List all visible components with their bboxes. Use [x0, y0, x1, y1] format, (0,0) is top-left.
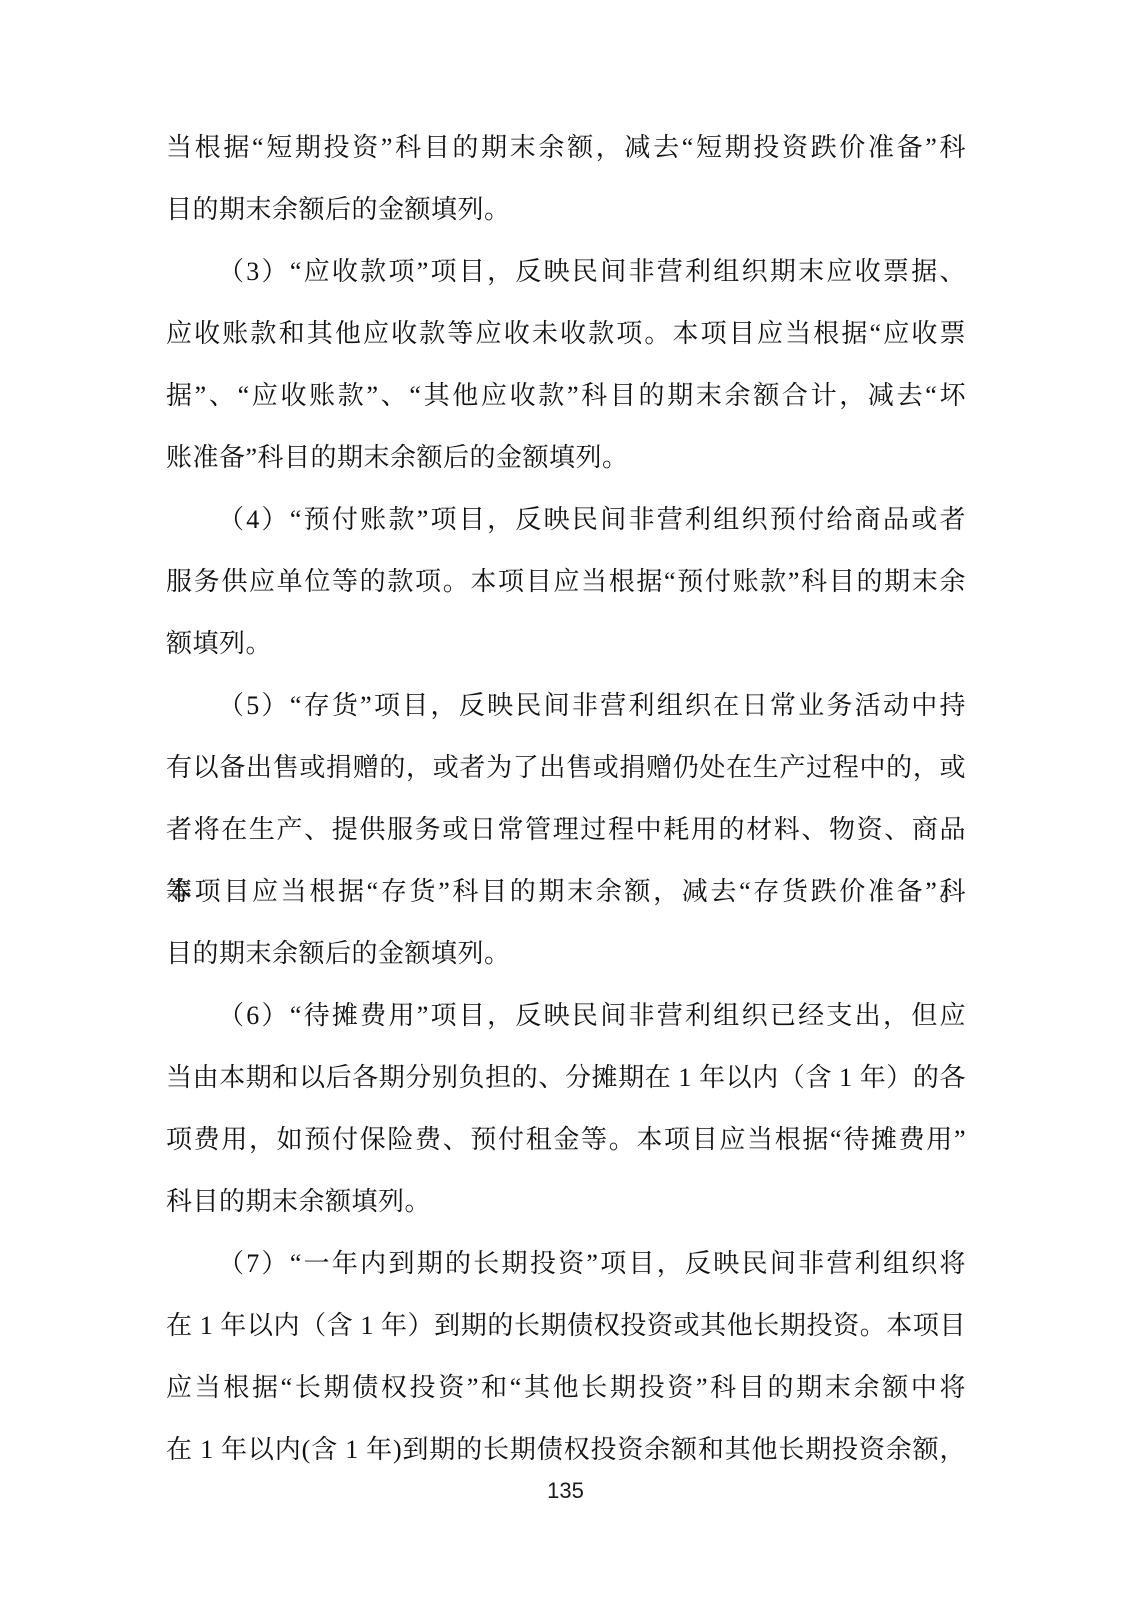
text-line: （6）“待摊费用”项目，反映民间非营利组织已经支出，但应: [166, 985, 966, 1047]
text-line: 在 1 年以内（含 1 年）到期的长期债权投资或其他长期投资。本项目: [166, 1295, 966, 1357]
text-line: 当根据“短期投资”科目的期末余额，减去“短期投资跌价准备”科: [166, 117, 966, 179]
text-line: （7）“一年内到期的长期投资”项目，反映民间非营利组织将: [166, 1233, 966, 1295]
text-line: （4）“预付账款”项目，反映民间非营利组织预付给商品或者: [166, 489, 966, 551]
text-line: 在 1 年以内(含 1 年)到期的长期债权投资余额和其他长期投资余额，: [166, 1419, 966, 1481]
text-line: 当由本期和以后各期分别负担的、分摊期在 1 年以内（含 1 年）的各: [166, 1047, 966, 1109]
text-line: 项费用，如预付保险费、预付租金等。本项目应当根据“待摊费用”: [166, 1109, 966, 1171]
document-body: 当根据“短期投资”科目的期末余额，减去“短期投资跌价准备”科目的期末余额后的金额…: [166, 117, 966, 1481]
text-line: 应当根据“长期债权投资”和“其他长期投资”科目的期末余额中将: [166, 1357, 966, 1419]
text-line: 有以备出售或捐赠的，或者为了出售或捐赠仍处在生产过程中的，或: [166, 737, 966, 799]
text-line: 服务供应单位等的款项。本项目应当根据“预付账款”科目的期末余: [166, 551, 966, 613]
text-line: 应收账款和其他应收款等应收未收款项。本项目应当根据“应收票: [166, 303, 966, 365]
text-line: （3）“应收款项”项目，反映民间非营利组织期末应收票据、: [166, 241, 966, 303]
text-line: 额填列。: [166, 613, 966, 675]
text-line: 目的期末余额后的金额填列。: [166, 179, 966, 241]
text-line: 科目的期末余额填列。: [166, 1171, 966, 1233]
page-number: 135: [0, 1478, 1131, 1504]
text-line: （5）“存货”项目，反映民间非营利组织在日常业务活动中持: [166, 675, 966, 737]
text-line: 据”、“应收账款”、“其他应收款”科目的期末余额合计，减去“坏: [166, 365, 966, 427]
document-page: 当根据“短期投资”科目的期末余额，减去“短期投资跌价准备”科目的期末余额后的金额…: [0, 0, 1131, 1600]
text-line: 者将在生产、提供服务或日常管理过程中耗用的材料、物资、商品等。: [166, 799, 966, 861]
text-line: 账准备”科目的期末余额后的金额填列。: [166, 427, 966, 489]
text-line: 本项目应当根据“存货”科目的期末余额，减去“存货跌价准备”科: [166, 861, 966, 923]
text-line: 目的期末余额后的金额填列。: [166, 923, 966, 985]
